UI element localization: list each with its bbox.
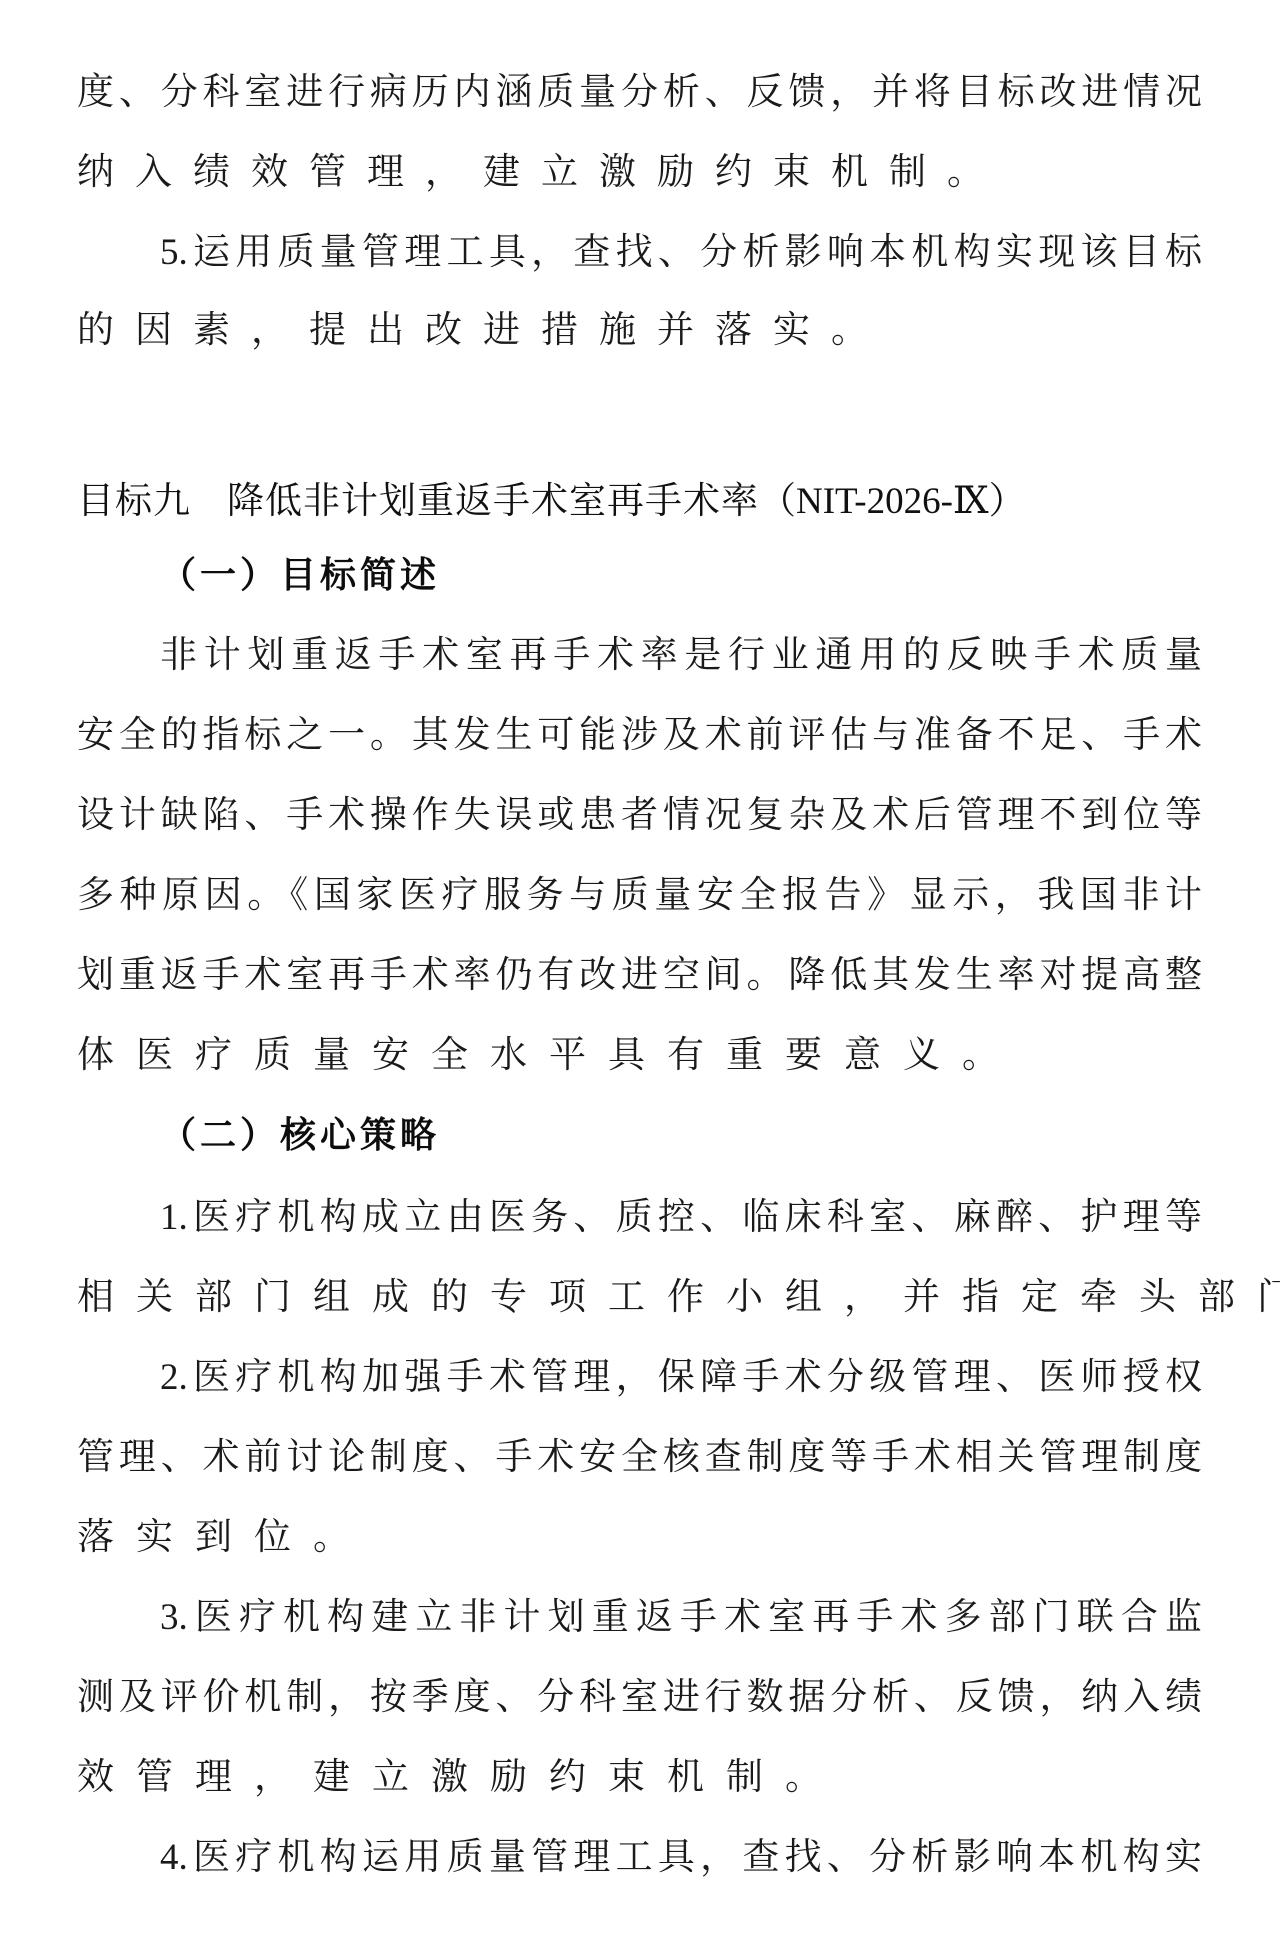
paragraph-line: 非计划重返手术室再手术率是行业通用的反映手术质量 (160, 630, 1202, 680)
list-item-text: 医疗机构加强手术管理，保障手术分级管理、医师授权 (188, 1355, 1202, 1398)
paragraph-line: 纳入绩效管理，建立激励约束机制。 (77, 147, 1202, 197)
goal-label: 目标九 (77, 479, 191, 522)
paragraph-line: 多种原因。《国家医疗服务与质量安全报告》显示，我国非计 (77, 870, 1202, 920)
document-page: 度、分科室进行病历内涵质量分析、反馈，并将目标改进情况 纳入绩效管理，建立激励约… (0, 0, 1280, 1935)
paragraph-line: 体医疗质量安全水平具有重要意义。 (77, 1030, 1202, 1080)
list-item-1-line: 1.医疗机构成立由医务、质控、临床科室、麻醉、护理等 (160, 1192, 1202, 1242)
paragraph-line: 的因素，提出改进措施并落实。 (77, 305, 1202, 355)
goal-title: 降低非计划重返手术室再手术率 (227, 479, 759, 522)
list-item-3-line: 3.医疗机构建立非计划重返手术室再手术多部门联合监 (160, 1592, 1202, 1642)
paragraph-line: 设计缺陷、手术操作失误或患者情况复杂及术后管理不到位等 (77, 790, 1202, 840)
list-item-text: 医疗机构运用质量管理工具，查找、分析影响本机构实 (188, 1835, 1202, 1878)
paragraph-line: 管理、术前讨论制度、手术安全核查制度等手术相关管理制度 (77, 1432, 1202, 1482)
list-number: 4. (160, 1837, 188, 1878)
goal-heading: 目标九降低非计划重返手术室再手术率（NIT-2026-Ⅸ） (77, 475, 1026, 527)
paragraph-line: 划重返手术室再手术率仍有改进空间。降低其发生率对提高整 (77, 950, 1202, 1000)
paragraph-line: 度、分科室进行病历内涵质量分析、反馈，并将目标改进情况 (77, 67, 1202, 117)
list-item-4-line: 4.医疗机构运用质量管理工具，查找、分析影响本机构实 (160, 1832, 1202, 1882)
paragraph-line: 测及评价机制，按季度、分科室进行数据分析、反馈，纳入绩 (77, 1672, 1202, 1722)
list-item-5-line: 5.运用质量管理工具，查找、分析影响本机构实现该目标 (160, 227, 1202, 277)
paragraph-line: 落实到位。 (77, 1512, 1202, 1562)
list-item-text: 医疗机构成立由医务、质控、临床科室、麻醉、护理等 (188, 1195, 1202, 1238)
list-item-text: 医疗机构建立非计划重返手术室再手术多部门联合监 (188, 1595, 1202, 1638)
list-number: 2. (160, 1357, 188, 1398)
paragraph-line: 安全的指标之一。其发生可能涉及术前评估与准备不足、手术 (77, 710, 1202, 760)
paragraph-line: 效管理，建立激励约束机制。 (77, 1752, 1202, 1802)
list-number: 5. (160, 232, 188, 273)
goal-code: （NIT-2026-Ⅸ） (759, 481, 1026, 522)
list-item-2-line: 2.医疗机构加强手术管理，保障手术分级管理、医师授权 (160, 1352, 1202, 1402)
section-heading-strategy: （二）核心策略 (160, 1110, 440, 1162)
list-number: 3. (160, 1597, 188, 1638)
list-number: 1. (160, 1197, 188, 1238)
section-heading-overview: （一）目标简述 (160, 550, 440, 602)
list-item-text: 运用质量管理工具，查找、分析影响本机构实现该目标 (188, 230, 1202, 273)
paragraph-line: 相关部门组成的专项工作小组，并指定牵头部门。 (77, 1272, 1202, 1322)
